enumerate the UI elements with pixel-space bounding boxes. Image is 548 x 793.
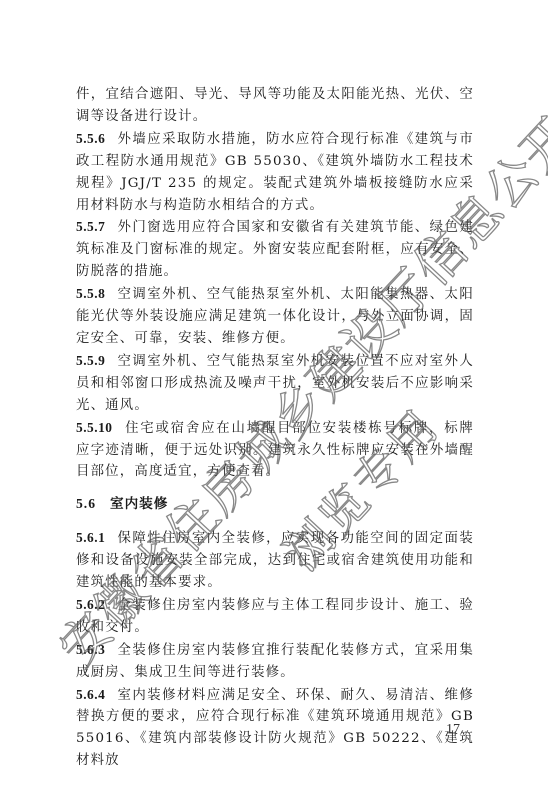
clause-number: 5.5.6 — [76, 131, 105, 146]
clause-5-6-1: 5.6.1保障性住房室内全装修，应实现各功能空间的固定面装修和设备设施安装全部完… — [76, 527, 474, 594]
clause-5-6-4: 5.6.4室内装修材料应满足安全、环保、耐久、易清洁、维修替换方便的要求，应符合… — [76, 684, 474, 773]
clause-number: 5.6.2 — [76, 597, 105, 612]
clause-number: 5.5.8 — [76, 286, 105, 301]
paragraph-text: 保障性住房室内全装修，应实现各功能空间的固定面装修和设备设施安装全部完成，达到住… — [76, 531, 474, 590]
clause-number: 5.6.3 — [76, 642, 105, 657]
clause-number: 5.6.4 — [76, 687, 105, 702]
paragraph-text: 住宅或宿舍应在山墙醒目部位安装楼栋号标牌，标牌应字迹清晰，便于远处识别。建筑永久… — [76, 421, 474, 480]
clause-5-5-8: 5.5.8空调室外机、空气能热泵室外机、太阳能集热器、太阳能光伏等外装设施应满足… — [76, 283, 474, 350]
paragraph-text: 件，宜结合遮阳、导光、导风等功能及太阳能光热、光伏、空调等设备进行设计。 — [76, 87, 474, 124]
paragraph-text: 全装修住房室内装修宜推行装配化装修方式，宜采用集成厨房、集成卫生间等进行装修。 — [76, 643, 474, 680]
paragraph-text: 室内装修材料应满足安全、环保、耐久、易清洁、维修替换方便的要求，应符合现行标准《… — [76, 688, 474, 769]
clause-5-5-10: 5.5.10住宅或宿舍应在山墙醒目部位安装楼栋号标牌，标牌应字迹清晰，便于远处识… — [76, 417, 474, 484]
clause-5-6-2: 5.6.2全装修住房室内装修应与主体工程同步设计、施工、验收和交付。 — [76, 594, 474, 639]
clause-number: 5.5.10 — [76, 420, 112, 435]
paragraph-text: 空调室外机、空气能热泵室外机安装位置不应对室外人员和相邻窗口形成热流及噪声干扰，… — [76, 354, 474, 413]
clause-number: 5.5.7 — [76, 219, 105, 234]
paragraph-text: 外墙应采取防水措施，防水应符合现行标准《建筑与市政工程防水通用规范》GB 550… — [76, 132, 474, 213]
clause-5-5-7: 5.5.7外门窗选用应符合国家和安徽省有关建筑节能、绿色建筑标准及门窗标准的规定… — [76, 216, 474, 283]
section-heading: 5.6室内装修 — [76, 493, 474, 516]
section-number: 5.6 — [76, 496, 96, 511]
body-text: 件，宜结合遮阳、导光、导风等功能及太阳能光热、光伏、空调等设备进行设计。 5.5… — [76, 84, 474, 772]
clause-number: 5.6.1 — [76, 530, 105, 545]
clause-number: 5.5.9 — [76, 353, 105, 368]
clause-5-6-3: 5.6.3全装修住房室内装修宜推行装配化装修方式，宜采用集成厨房、集成卫生间等进… — [76, 639, 474, 684]
paragraph-text: 空调室外机、空气能热泵室外机、太阳能集热器、太阳能光伏等外装设施应满足建筑一体化… — [76, 287, 474, 346]
paragraph-text: 外门窗选用应符合国家和安徽省有关建筑节能、绿色建筑标准及门窗标准的规定。外窗安装… — [76, 220, 474, 279]
paragraph-text: 全装修住房室内装修应与主体工程同步设计、施工、验收和交付。 — [76, 598, 474, 635]
clause-5-5-9: 5.5.9空调室外机、空气能热泵室外机安装位置不应对室外人员和相邻窗口形成热流及… — [76, 350, 474, 417]
page-number: 17 — [446, 722, 460, 738]
paragraph-continuation: 件，宜结合遮阳、导光、导风等功能及太阳能光热、光伏、空调等设备进行设计。 — [76, 84, 474, 128]
section-title: 室内装修 — [110, 496, 168, 512]
document-page: 件，宜结合遮阳、导光、导风等功能及太阳能光热、光伏、空调等设备进行设计。 5.5… — [0, 0, 548, 793]
clause-5-5-6: 5.5.6外墙应采取防水措施，防水应符合现行标准《建筑与市政工程防水通用规范》G… — [76, 128, 474, 217]
